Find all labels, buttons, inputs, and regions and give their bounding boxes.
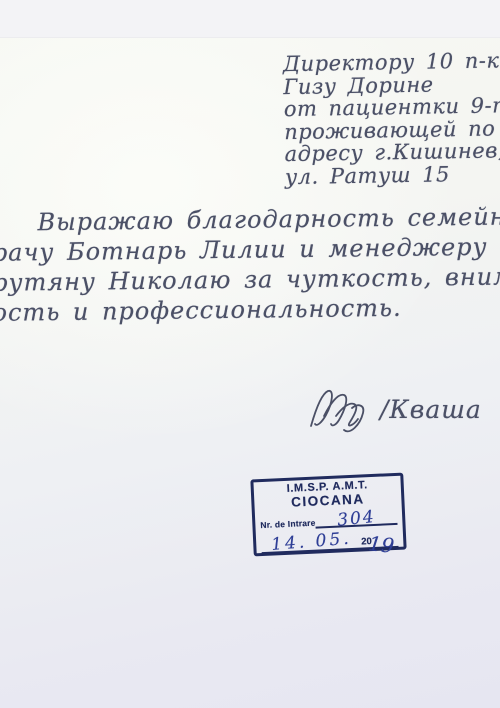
- registration-stamp: I.M.S.P. A.M.T. CIOCANA Nr. de Intrare 3…: [250, 473, 406, 557]
- body-line: рутяну Николаю за чуткость, внимательн: [0, 260, 500, 298]
- stamp-year-written: 19: [367, 536, 394, 553]
- recipient-block: Директору 10 п-ки Гизу Дорине от пациент…: [283, 49, 500, 188]
- recipient-line: адресу г.Кишинев,: [284, 139, 500, 166]
- body-line: ость и профессиональность.: [0, 290, 500, 328]
- recipient-line: Директору 10 п-ки: [283, 49, 500, 76]
- letter-body: Выражаю благодарность семейному рачу Бот…: [0, 200, 500, 328]
- letter-paper: Директору 10 п-ки Гизу Дорине от пациент…: [0, 38, 500, 708]
- signature-block: /Кваша: [308, 382, 482, 436]
- letter-photo: Директору 10 п-ки Гизу Дорине от пациент…: [0, 0, 500, 708]
- recipient-line: ул. Ратуш 15: [285, 161, 500, 188]
- signature-flourish: [308, 382, 374, 436]
- signature-name: /Кваша: [380, 395, 482, 424]
- stamp-date: 14. 05.: [263, 530, 362, 554]
- stamp-entry-number: 304: [337, 511, 377, 528]
- top-letterbox-band: [0, 0, 500, 38]
